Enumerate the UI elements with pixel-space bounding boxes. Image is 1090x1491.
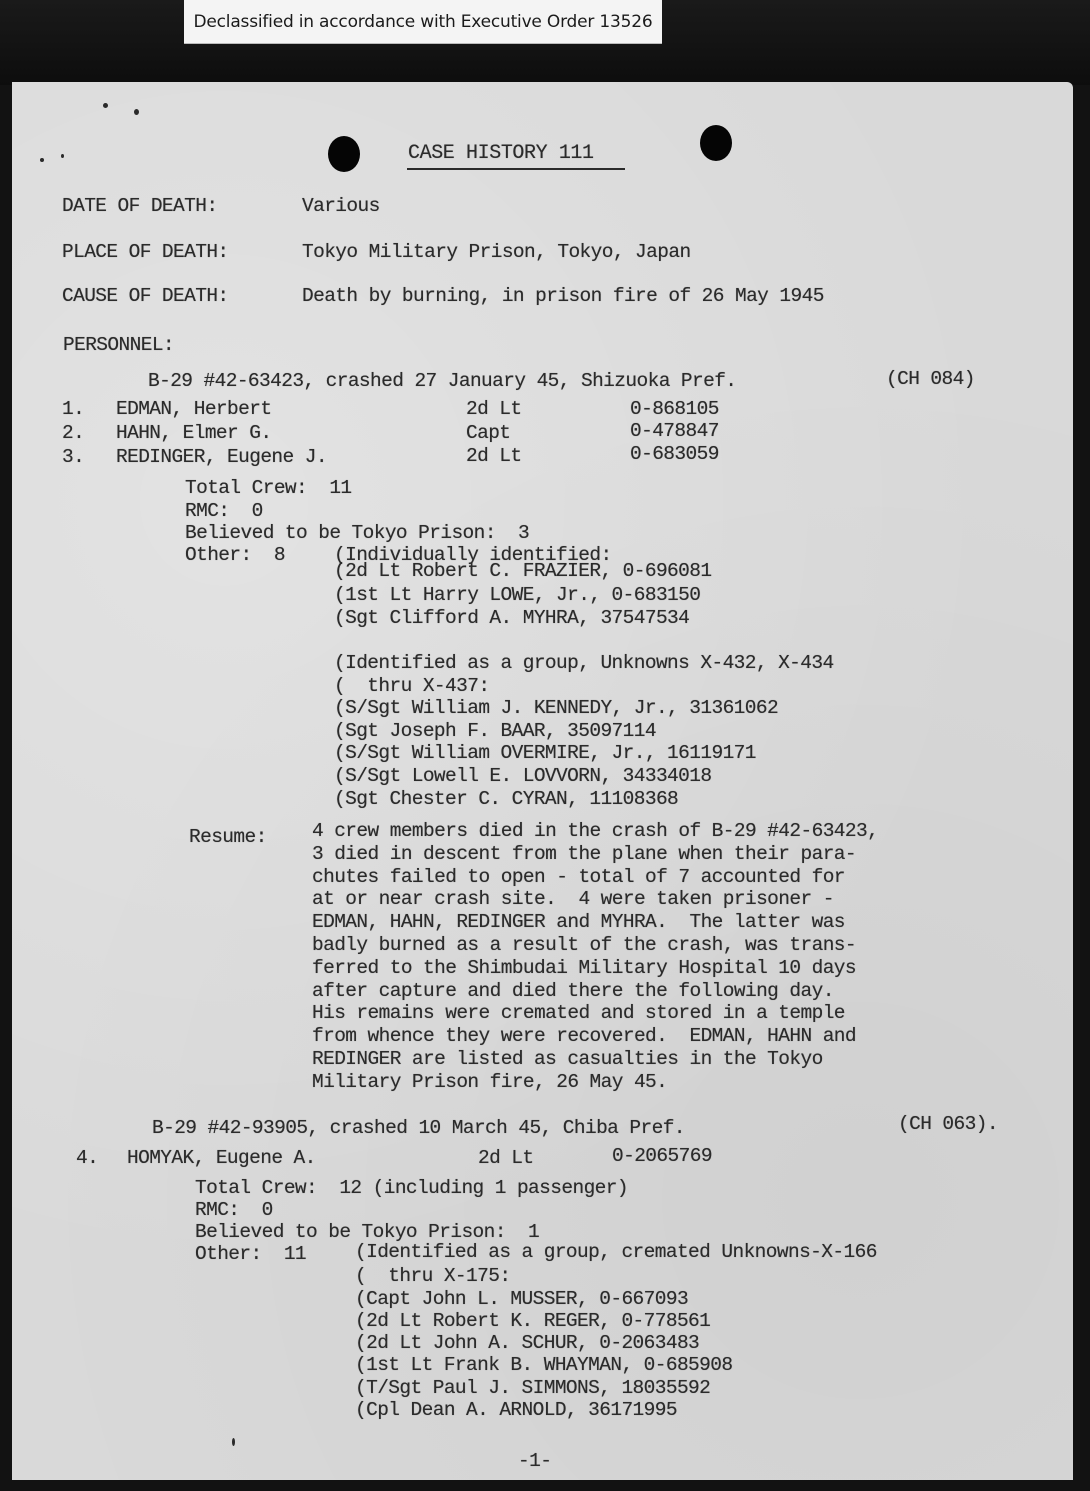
person-name: HAHN, Elmer G. <box>116 422 271 445</box>
total-crew: Total Crew: 11 <box>185 477 352 500</box>
other-detail-line: (Cpl Dean A. ARNOLD, 36171995 <box>355 1399 677 1422</box>
person-serial: 0-2065769 <box>612 1145 712 1168</box>
scan-speck <box>40 158 44 162</box>
person-serial: 0-868105 <box>630 398 719 421</box>
other-detail-line: ( thru X-437: <box>334 675 489 698</box>
cause-of-death-label: CAUSE OF DEATH: <box>62 285 229 308</box>
person-number: 1. <box>62 398 84 421</box>
resume-text: 4 crew members died in the crash of B-29… <box>312 820 878 1094</box>
rmc-count: RMC: 0 <box>185 500 263 523</box>
person-rank: 2d Lt <box>466 445 522 468</box>
place-of-death-value: Tokyo Military Prison, Tokyo, Japan <box>302 241 691 264</box>
scan-speck <box>61 154 64 158</box>
other-detail-line: (S/Sgt Lowell E. LOVVORN, 34334018 <box>334 765 711 788</box>
person-rank: 2d Lt <box>466 398 522 421</box>
other-detail-line: (Identified as a group, Unknowns X-432, … <box>334 652 834 675</box>
person-rank: Capt <box>466 422 510 445</box>
crash-reference: (CH 063). <box>898 1113 998 1136</box>
tokyo-prison-count: Believed to be Tokyo Prison: 3 <box>185 522 529 545</box>
person-serial: 0-478847 <box>630 420 719 443</box>
other-count: Other: 8 <box>185 544 285 567</box>
punch-hole-icon <box>328 136 360 172</box>
other-detail-line: (Identified as a group, cremated Unknown… <box>355 1241 877 1264</box>
person-name: HOMYAK, Eugene A. <box>127 1147 316 1170</box>
other-detail-line: (2d Lt Robert K. REGER, 0-778561 <box>355 1310 710 1333</box>
crash-header: B-29 #42-63423, crashed 27 January 45, S… <box>148 370 736 393</box>
date-of-death-value: Various <box>302 195 380 218</box>
person-number: 3. <box>62 446 84 469</box>
other-detail-line: (Sgt Clifford A. MYHRA, 37547534 <box>334 607 689 630</box>
other-detail-line: (1st Lt Frank B. WHAYMAN, 0-685908 <box>355 1354 732 1377</box>
other-detail-line: (1st Lt Harry LOWE, Jr., 0-683150 <box>334 584 700 607</box>
person-number: 4. <box>76 1147 98 1170</box>
person-name: REDINGER, Eugene J. <box>116 446 327 469</box>
other-detail-line: (Sgt Joseph F. BAAR, 35097114 <box>334 720 656 743</box>
person-name: EDMAN, Herbert <box>116 398 271 421</box>
crash-reference: (CH 084) <box>886 368 975 391</box>
other-detail-line: (Capt John L. MUSSER, 0-667093 <box>355 1288 688 1311</box>
personnel-label: PERSONNEL: <box>63 334 174 357</box>
declassification-text: Declassified in accordance with Executiv… <box>194 12 653 32</box>
other-detail-line: (2d Lt Robert C. FRAZIER, 0-696081 <box>334 560 711 583</box>
person-serial: 0-683059 <box>630 443 719 466</box>
place-of-death-label: PLACE OF DEATH: <box>62 241 229 264</box>
scan-speck <box>134 109 139 115</box>
other-count: Other: 11 <box>195 1243 306 1266</box>
other-detail-line: (2d Lt John A. SCHUR, 0-2063483 <box>355 1332 699 1355</box>
scan-speck <box>232 1438 235 1446</box>
total-crew: Total Crew: 12 (including 1 passenger) <box>195 1177 628 1200</box>
title-underline <box>407 168 625 170</box>
date-of-death-label: DATE OF DEATH: <box>62 195 217 218</box>
page-number: -1- <box>518 1450 551 1473</box>
person-number: 2. <box>62 422 84 445</box>
other-detail-line: ( thru X-175: <box>355 1265 510 1288</box>
person-rank: 2d Lt <box>478 1147 534 1170</box>
punch-hole-icon <box>700 125 732 161</box>
declassification-label: Declassified in accordance with Executiv… <box>184 0 662 43</box>
crash-header: B-29 #42-93905, crashed 10 March 45, Chi… <box>152 1117 685 1140</box>
scan-speck <box>103 103 108 108</box>
other-detail-line: (S/Sgt William J. KENNEDY, Jr., 31361062 <box>334 697 778 720</box>
rmc-count: RMC: 0 <box>195 1199 273 1222</box>
document-title: CASE HISTORY 111 <box>408 142 594 165</box>
other-detail-line: (T/Sgt Paul J. SIMMONS, 18035592 <box>355 1377 710 1400</box>
cause-of-death-value: Death by burning, in prison fire of 26 M… <box>302 285 824 308</box>
resume-label: Resume: <box>189 826 267 849</box>
other-detail-line: (S/Sgt William OVERMIRE, Jr., 16119171 <box>334 742 756 765</box>
other-detail-line: (Sgt Chester C. CYRAN, 11108368 <box>334 788 678 811</box>
